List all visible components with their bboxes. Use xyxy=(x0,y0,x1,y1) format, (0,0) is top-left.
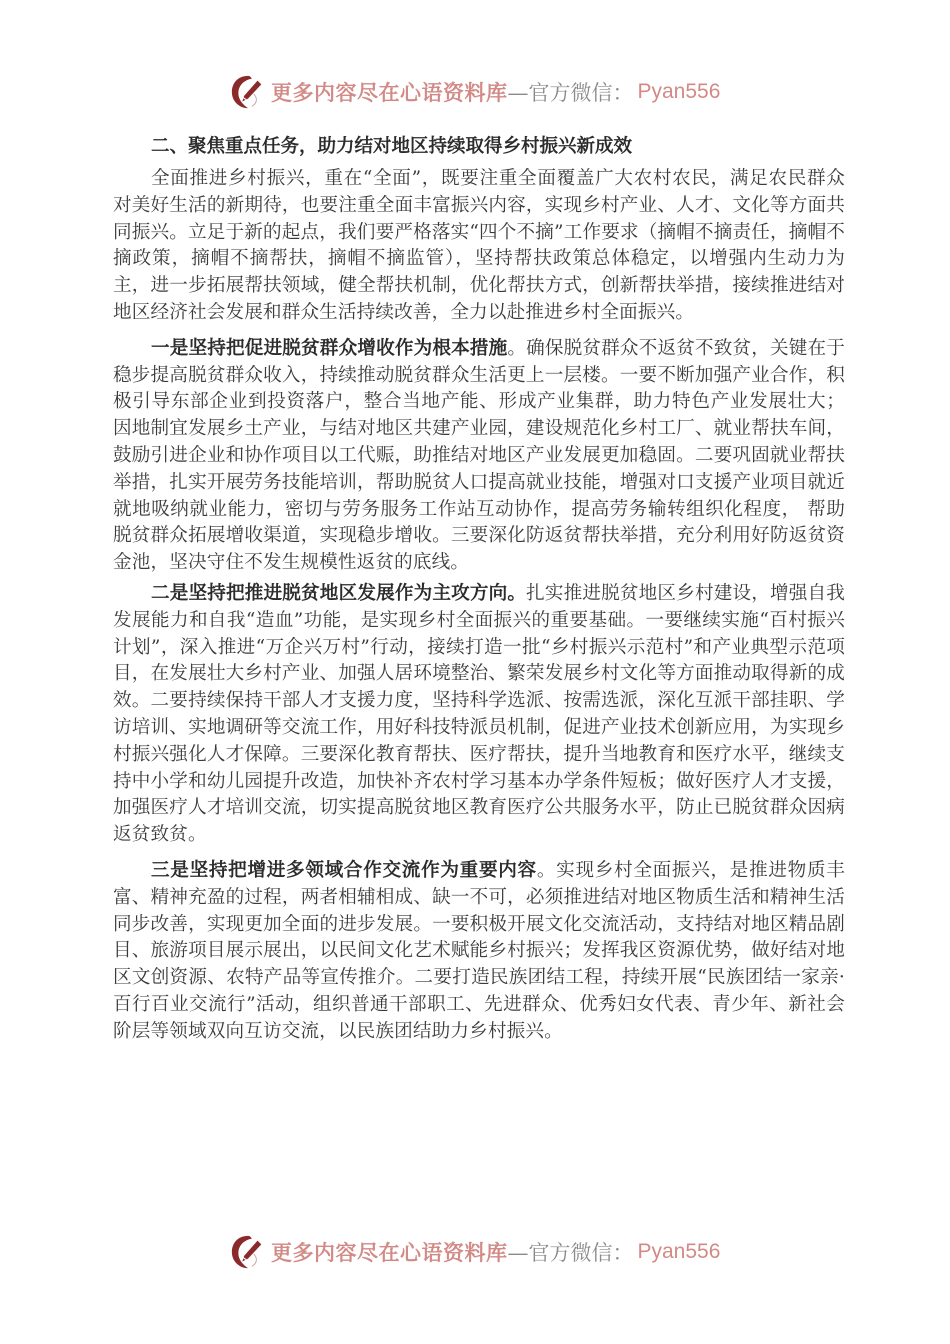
pen-nib-logo-icon xyxy=(229,73,267,111)
banner-wechat-label: —官方微信： xyxy=(508,1237,634,1267)
paragraph-text: 。确保脱贫群众不返贫不致贫，关键在于稳步提高脱贫群众收入，持续推动脱贫群众生活更… xyxy=(113,338,845,573)
banner-site-text: 更多内容尽在心语资料库 xyxy=(271,1237,508,1267)
document-body: 二、聚焦重点任务，助力结对地区持续取得乡村振兴新成效 全面推进乡村振兴，重在“全… xyxy=(113,132,845,1046)
section-heading: 二、聚焦重点任务，助力结对地区持续取得乡村振兴新成效 xyxy=(113,132,845,162)
banner-site-text: 更多内容尽在心语资料库 xyxy=(271,77,508,107)
footer-banner: 更多内容尽在心语资料库 —官方微信： Pyan556 xyxy=(229,1230,729,1274)
banner-wechat-label: —官方微信： xyxy=(508,77,634,107)
paragraph-lead: 二是坚持把推进脱贫地区发展作为主攻方向。 xyxy=(151,583,526,604)
paragraph-lead: 一是坚持把促进脱贫群众增收作为根本措施 xyxy=(151,338,507,359)
paragraph-text: 扎实推进脱贫地区乡村建设，增强自我发展能力和自我“造血”功能，是实现乡村全面振兴… xyxy=(113,583,845,845)
banner-wechat-id: Pyan556 xyxy=(638,80,721,104)
paragraph-point-one: 一是坚持把促进脱贫群众增收作为根本措施。确保脱贫群众不返贫不致贫，关键在于稳步提… xyxy=(113,336,845,577)
paragraph-point-two: 二是坚持把推进脱贫地区发展作为主攻方向。扎实推进脱贫地区乡村建设，增强自我发展能… xyxy=(113,581,845,849)
paragraph-text: 。实现乡村全面振兴，是推进物质丰富、精神充盈的过程，两者相辅相成、缺一不可，必须… xyxy=(113,860,845,1042)
paragraph-text: 全面推进乡村振兴，重在“全面”，既要注重全面覆盖广大农村农民，满足农民群众对美好… xyxy=(113,168,845,323)
pen-nib-logo-icon xyxy=(229,1233,267,1271)
banner-wechat-id: Pyan556 xyxy=(638,1240,721,1264)
header-banner: 更多内容尽在心语资料库 —官方微信： Pyan556 xyxy=(229,70,729,114)
paragraph-point-three: 三是坚持把增进多领域合作交流作为重要内容。实现乡村全面振兴，是推进物质丰富、精神… xyxy=(113,858,845,1046)
paragraph-intro: 全面推进乡村振兴，重在“全面”，既要注重全面覆盖广大农村农民，满足农民群众对美好… xyxy=(113,166,845,327)
paragraph-lead: 三是坚持把增进多领域合作交流作为重要内容 xyxy=(151,860,537,881)
